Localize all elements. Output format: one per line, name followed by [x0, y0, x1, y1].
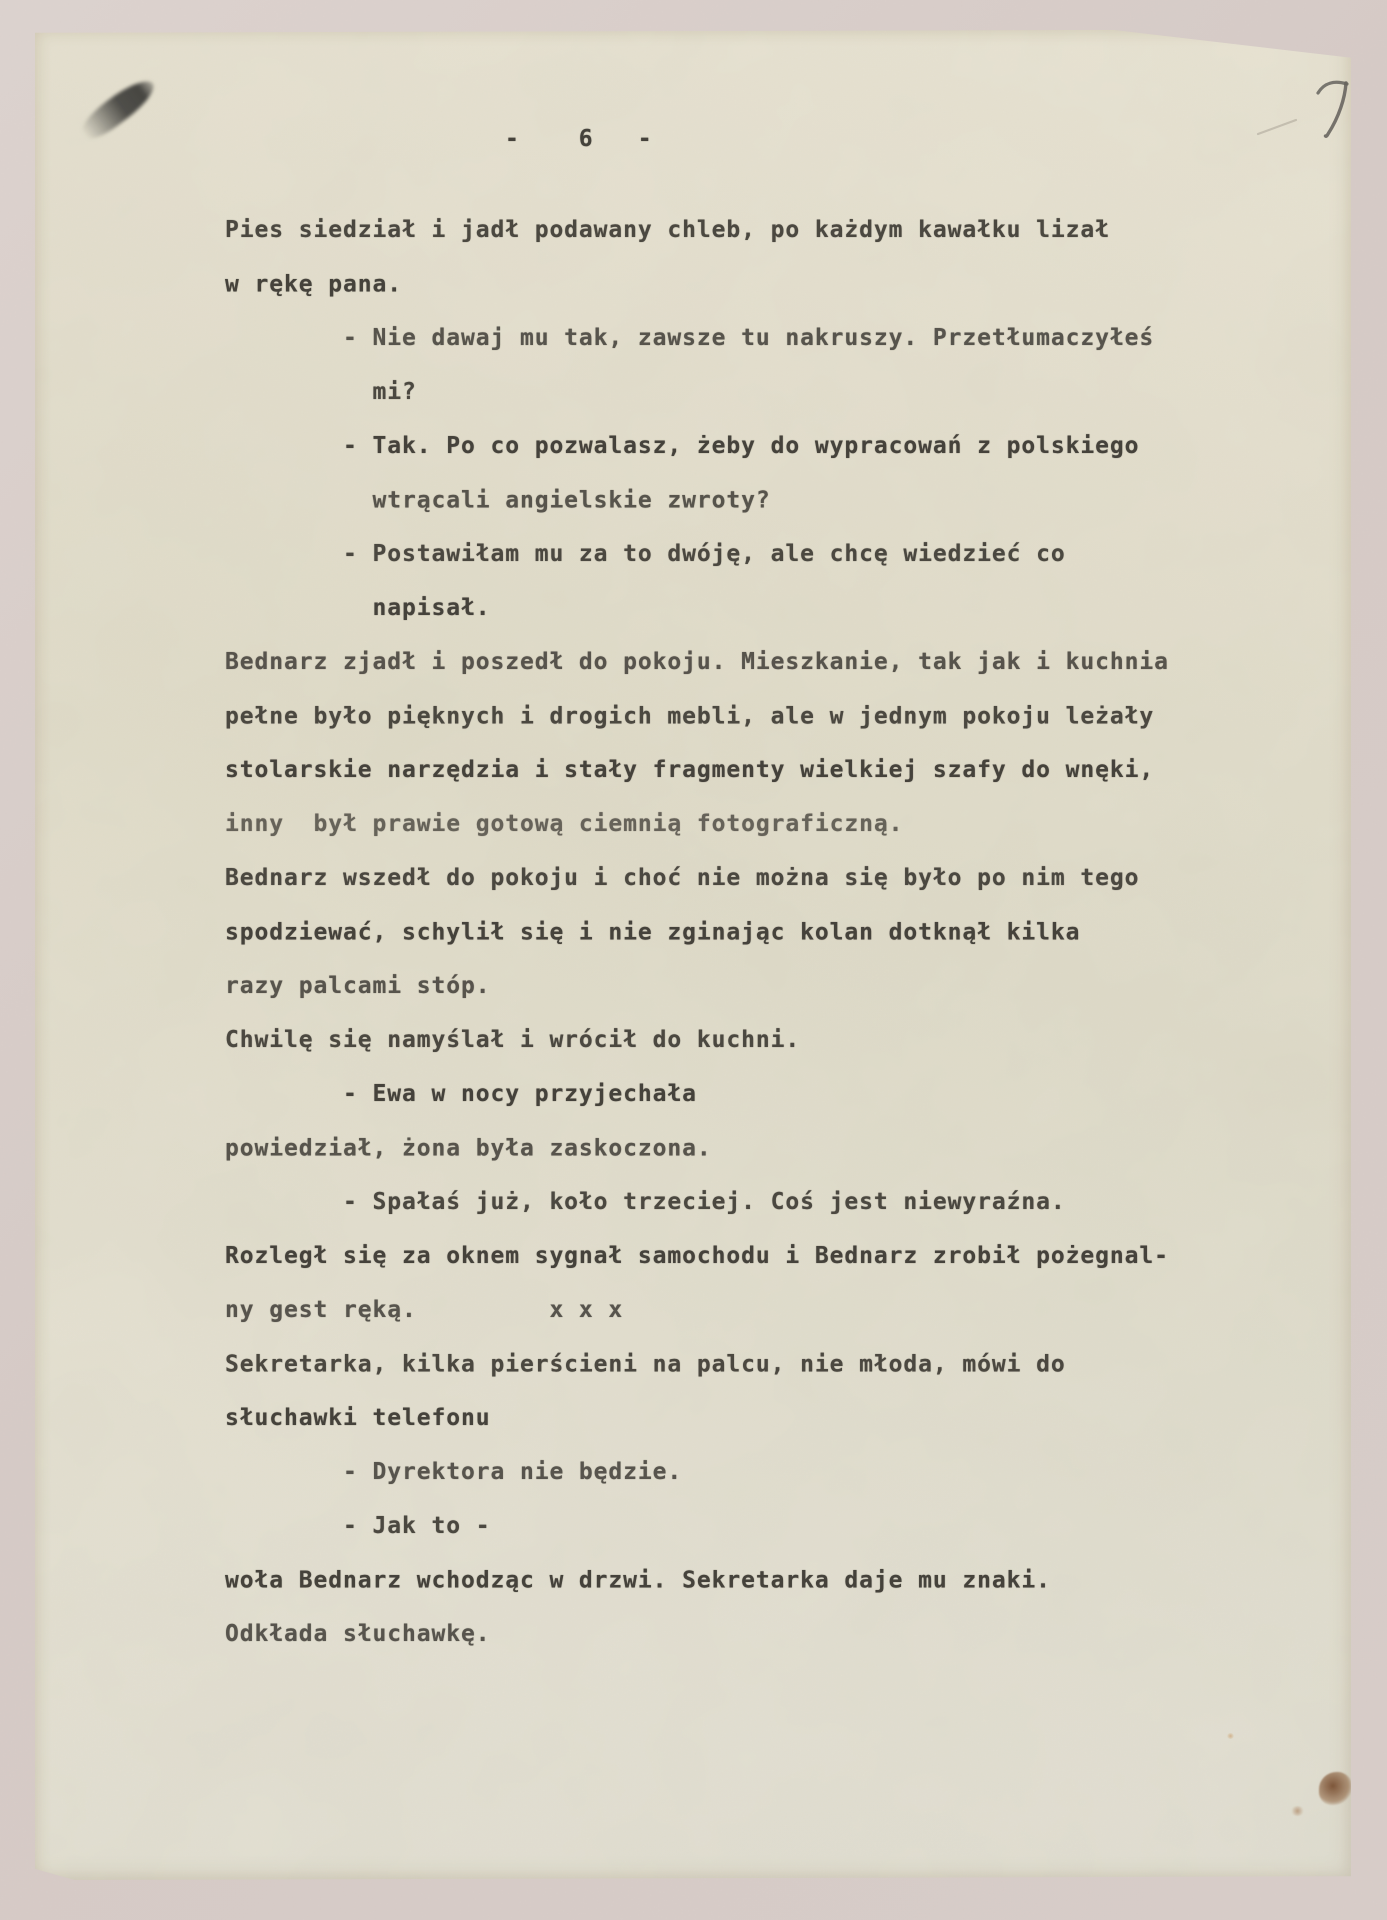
typed-page-number: - 6 - — [505, 126, 652, 152]
typed-line: inny był prawie gotową ciemnią fotografi… — [225, 797, 1169, 851]
typed-line: słuchawki telefonu — [225, 1391, 1169, 1445]
typed-line: - Spałaś już, koło trzeciej. Coś jest ni… — [225, 1175, 1169, 1229]
typed-line: woła Bednarz wchodząc w drzwi. Sekretark… — [225, 1554, 1169, 1608]
typed-line: wtrącali angielskie zwroty? — [225, 474, 1169, 528]
typed-text-block: Pies siedział i jadł podawany chleb, po … — [225, 203, 1169, 1661]
pencil-seven-icon — [1250, 70, 1380, 150]
stain — [1319, 1772, 1352, 1805]
typed-line: spodziewać, schylił się i nie zginając k… — [225, 906, 1169, 960]
typed-line: - Jak to - — [225, 1499, 1169, 1553]
typed-line: Chwilę się namyślał i wrócił do kuchni. — [225, 1013, 1169, 1067]
pencil-stray-mark — [1258, 120, 1296, 134]
typed-line: ny gest ręką. x x x — [225, 1283, 1169, 1337]
typed-line: stolarskie narzędzia i stały fragmenty w… — [225, 743, 1169, 797]
scanned-document: - 6 - Pies siedział i jadł podawany chle… — [0, 0, 1387, 1920]
typed-line: Odkłada słuchawkę. — [225, 1607, 1169, 1661]
pencil-smudge — [76, 73, 160, 146]
typed-line: Bednarz wszedł do pokoju i choć nie możn… — [225, 851, 1169, 905]
typed-line: powiedział, żona była zaskoczona. — [225, 1122, 1169, 1176]
typed-line: Pies siedział i jadł podawany chleb, po … — [225, 203, 1169, 257]
typed-line: - Postawiłam mu za to dwóję, ale chcę wi… — [225, 527, 1169, 581]
stain — [1291, 1806, 1304, 1816]
typed-line: - Dyrektora nie będzie. — [225, 1445, 1169, 1499]
typed-line: pełne było pięknych i drogich mebli, ale… — [225, 690, 1169, 744]
typed-line: - Tak. Po co pozwalasz, żeby do wypracow… — [225, 419, 1169, 473]
typed-line: - Ewa w nocy przyjechała — [225, 1067, 1169, 1121]
typed-line: Bednarz zjadł i poszedł do pokoju. Miesz… — [225, 635, 1169, 689]
typed-line: w rękę pana. — [225, 258, 1169, 312]
stain — [1227, 1733, 1234, 1739]
handwritten-page-number: 7 — [1250, 70, 1380, 150]
paper-sheet: - 6 - Pies siedział i jadł podawany chle… — [35, 30, 1351, 1880]
typed-line: Rozległ się za oknem sygnał samochodu i … — [225, 1229, 1169, 1283]
typed-line: mi? — [225, 365, 1169, 419]
typed-line: - Nie dawaj mu tak, zawsze tu nakruszy. … — [225, 311, 1169, 365]
typed-line: Sekretarka, kilka pierścieni na palcu, n… — [225, 1338, 1169, 1392]
typed-line: napisał. — [225, 581, 1169, 635]
typed-line: razy palcami stóp. — [225, 959, 1169, 1013]
